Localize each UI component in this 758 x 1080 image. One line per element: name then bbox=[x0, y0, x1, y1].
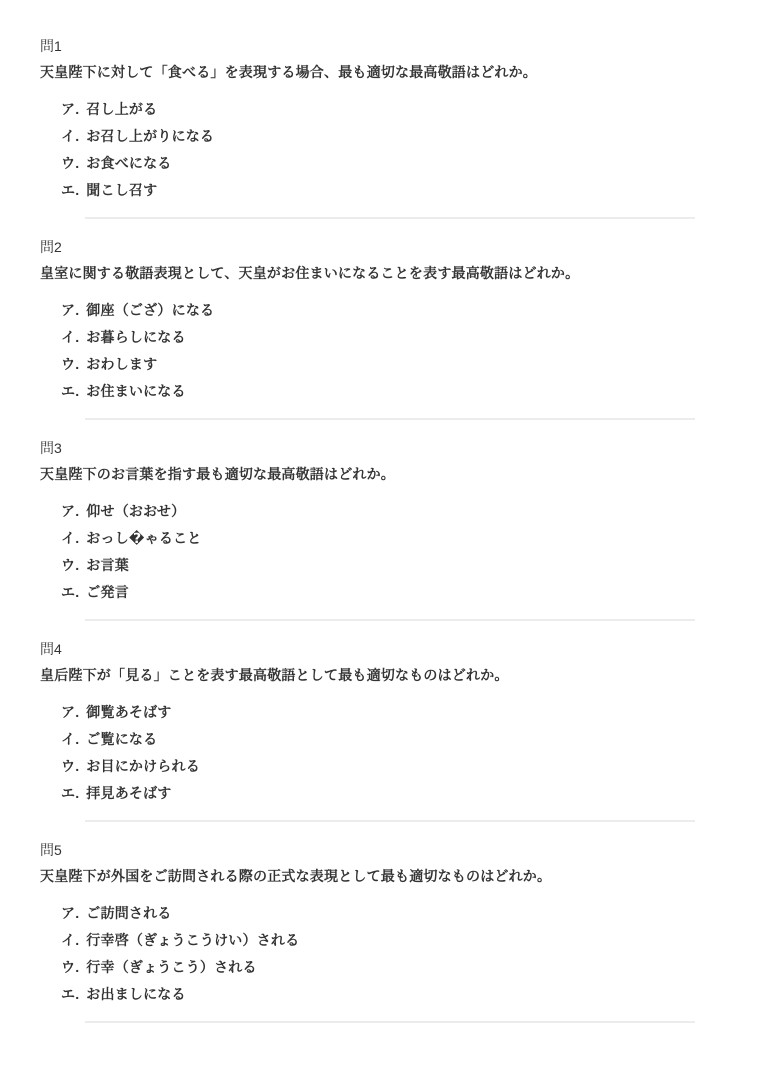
option-row: ウ. おわします bbox=[61, 355, 718, 373]
option-marker: イ. bbox=[61, 328, 79, 346]
option-marker: ウ. bbox=[61, 154, 79, 172]
option-text: 行幸啓（ぎょうこうけい）される bbox=[86, 931, 299, 949]
question-text: 皇后陛下が「見る」ことを表す最高敬語として最も適切なものはどれか。 bbox=[40, 666, 718, 684]
option-row: エ. お住まいになる bbox=[61, 382, 718, 400]
option-text: 行幸（ぎょうこう）される bbox=[86, 958, 256, 976]
option-marker: イ. bbox=[61, 529, 79, 547]
option-row: ア. ご訪問される bbox=[61, 904, 718, 922]
option-marker: エ. bbox=[61, 583, 79, 601]
question-label: 問3 bbox=[40, 439, 718, 457]
option-text: お食べになる bbox=[86, 154, 171, 172]
option-marker: イ. bbox=[61, 730, 79, 748]
option-text: お出ましになる bbox=[86, 985, 185, 1003]
option-text: お暮らしになる bbox=[86, 328, 185, 346]
option-text: お召し上がりになる bbox=[86, 127, 214, 145]
option-text: おっし�ゃること bbox=[86, 529, 201, 547]
question-text: 天皇陛下のお言葉を指す最も適切な最高敬語はどれか。 bbox=[40, 465, 718, 483]
option-marker: ア. bbox=[61, 301, 79, 319]
option-marker: イ. bbox=[61, 931, 79, 949]
option-row: ア. 御覧あそばす bbox=[61, 703, 718, 721]
options-list: ア. 仰せ（おおせ） イ. おっし�ゃること ウ. お言葉 エ. ご発言 bbox=[40, 502, 718, 601]
question-label: 問2 bbox=[40, 238, 718, 256]
section-divider bbox=[85, 619, 695, 621]
option-marker: エ. bbox=[61, 784, 79, 802]
question-text: 天皇陛下に対して「食べる」を表現する場合、最も適切な最高敬語はどれか。 bbox=[40, 63, 718, 81]
option-marker: エ. bbox=[61, 382, 79, 400]
option-row: エ. 聞こし召す bbox=[61, 181, 718, 199]
question-block-5: 問5 天皇陛下が外国をご訪問される際の正式な表現として最も適切なものはどれか。 … bbox=[40, 841, 718, 1023]
question-block-1: 問1 天皇陛下に対して「食べる」を表現する場合、最も適切な最高敬語はどれか。 ア… bbox=[40, 37, 718, 219]
section-divider bbox=[85, 418, 695, 420]
quiz-page: 問1 天皇陛下に対して「食べる」を表現する場合、最も適切な最高敬語はどれか。 ア… bbox=[0, 0, 758, 1080]
option-row: イ. 行幸啓（ぎょうこうけい）される bbox=[61, 931, 718, 949]
option-row: イ. お召し上がりになる bbox=[61, 127, 718, 145]
option-marker: ウ. bbox=[61, 757, 79, 775]
section-divider bbox=[85, 217, 695, 219]
question-text: 皇室に関する敬語表現として、天皇がお住まいになることを表す最高敬語はどれか。 bbox=[40, 264, 718, 282]
option-text: 聞こし召す bbox=[86, 181, 157, 199]
option-marker: ウ. bbox=[61, 958, 79, 976]
option-marker: ア. bbox=[61, 502, 79, 520]
option-row: ウ. 行幸（ぎょうこう）される bbox=[61, 958, 718, 976]
option-marker: エ. bbox=[61, 985, 79, 1003]
option-row: イ. お暮らしになる bbox=[61, 328, 718, 346]
option-marker: ア. bbox=[61, 100, 79, 118]
option-marker: ア. bbox=[61, 703, 79, 721]
options-list: ア. 御覧あそばす イ. ご覧になる ウ. お目にかけられる エ. 拝見あそばす bbox=[40, 703, 718, 802]
option-text: お目にかけられる bbox=[86, 757, 200, 775]
option-text: お言葉 bbox=[86, 556, 129, 574]
option-row: ア. 仰せ（おおせ） bbox=[61, 502, 718, 520]
option-row: ウ. お目にかけられる bbox=[61, 757, 718, 775]
option-text: 拝見あそばす bbox=[86, 784, 171, 802]
option-text: 仰せ（おおせ） bbox=[86, 502, 185, 520]
option-text: おわします bbox=[86, 355, 157, 373]
option-text: ご発言 bbox=[86, 583, 129, 601]
section-divider bbox=[85, 820, 695, 822]
options-list: ア. 御座（ござ）になる イ. お暮らしになる ウ. おわします エ. お住まい… bbox=[40, 301, 718, 400]
question-block-3: 問3 天皇陛下のお言葉を指す最も適切な最高敬語はどれか。 ア. 仰せ（おおせ） … bbox=[40, 439, 718, 621]
question-label: 問1 bbox=[40, 37, 718, 55]
option-text: ご覧になる bbox=[86, 730, 157, 748]
option-marker: ウ. bbox=[61, 556, 79, 574]
option-text: 御座（ござ）になる bbox=[86, 301, 214, 319]
question-block-4: 問4 皇后陛下が「見る」ことを表す最高敬語として最も適切なものはどれか。 ア. … bbox=[40, 640, 718, 822]
option-row: エ. 拝見あそばす bbox=[61, 784, 718, 802]
option-row: エ. お出ましになる bbox=[61, 985, 718, 1003]
option-text: お住まいになる bbox=[86, 382, 185, 400]
question-label: 問4 bbox=[40, 640, 718, 658]
option-row: ウ. お言葉 bbox=[61, 556, 718, 574]
question-label: 問5 bbox=[40, 841, 718, 859]
option-row: ア. 御座（ござ）になる bbox=[61, 301, 718, 319]
section-divider bbox=[85, 1021, 695, 1023]
option-text: ご訪問される bbox=[86, 904, 171, 922]
option-marker: イ. bbox=[61, 127, 79, 145]
option-marker: ア. bbox=[61, 904, 79, 922]
option-row: イ. おっし�ゃること bbox=[61, 529, 718, 547]
option-text: 御覧あそばす bbox=[86, 703, 171, 721]
option-marker: ウ. bbox=[61, 355, 79, 373]
option-row: エ. ご発言 bbox=[61, 583, 718, 601]
options-list: ア. ご訪問される イ. 行幸啓（ぎょうこうけい）される ウ. 行幸（ぎょうこう… bbox=[40, 904, 718, 1003]
option-marker: エ. bbox=[61, 181, 79, 199]
option-row: ウ. お食べになる bbox=[61, 154, 718, 172]
option-row: ア. 召し上がる bbox=[61, 100, 718, 118]
options-list: ア. 召し上がる イ. お召し上がりになる ウ. お食べになる エ. 聞こし召す bbox=[40, 100, 718, 199]
option-row: イ. ご覧になる bbox=[61, 730, 718, 748]
question-text: 天皇陛下が外国をご訪問される際の正式な表現として最も適切なものはどれか。 bbox=[40, 867, 718, 885]
option-text: 召し上がる bbox=[86, 100, 157, 118]
question-block-2: 問2 皇室に関する敬語表現として、天皇がお住まいになることを表す最高敬語はどれか… bbox=[40, 238, 718, 420]
